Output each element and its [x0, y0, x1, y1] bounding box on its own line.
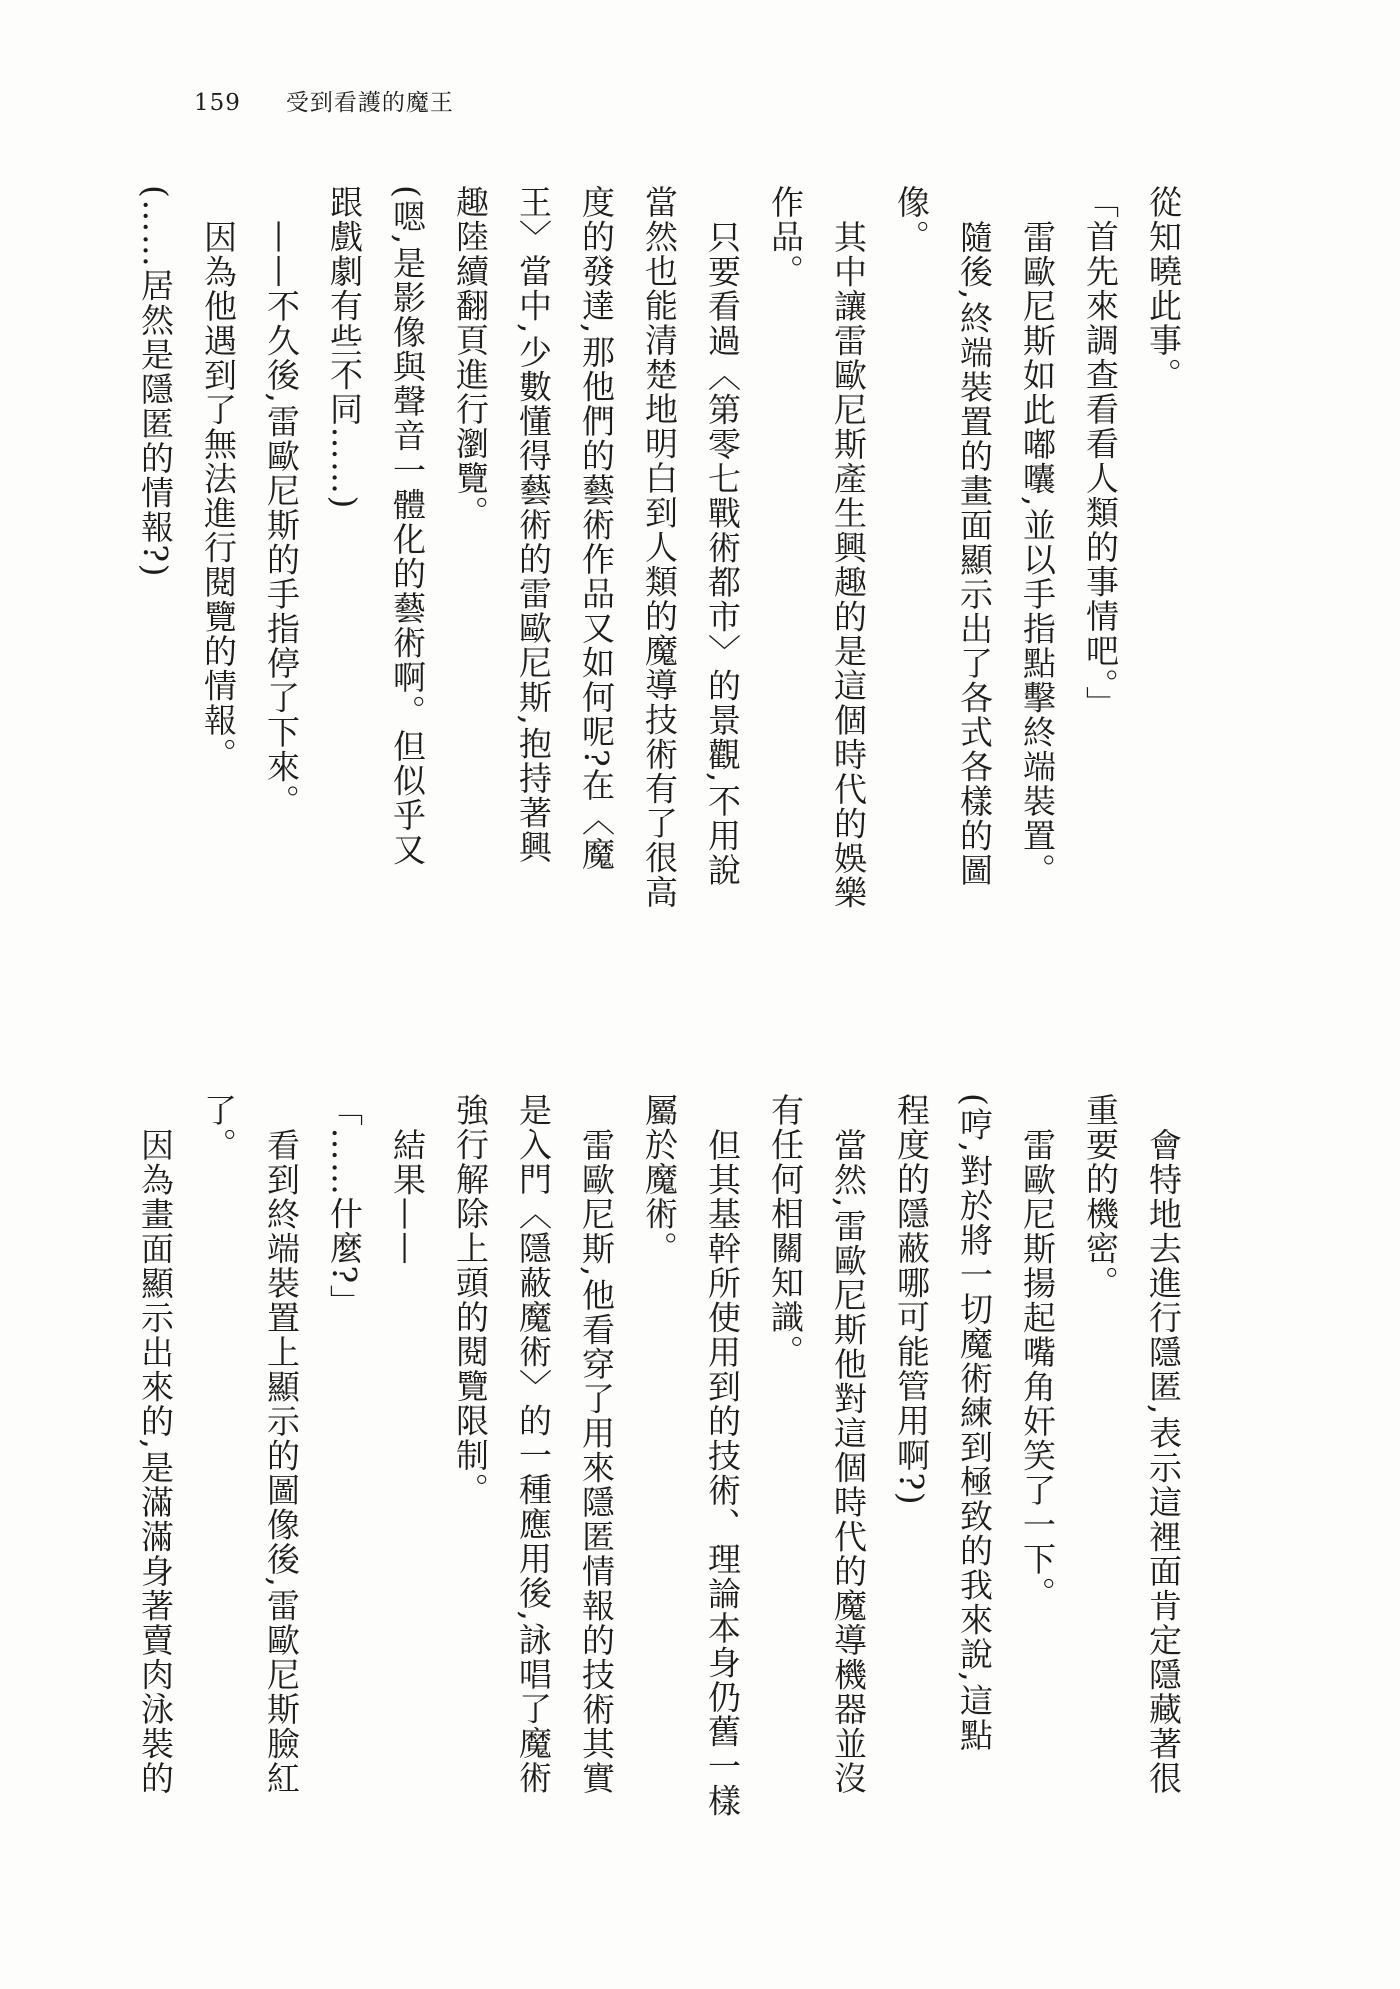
text-line: 強行解除上頭的閱覽限制。: [439, 1093, 502, 1855]
text-block-top: 從知曉此事。 「首先來調查看看人類的事情吧。」 雷歐尼斯如此嘟囔,並以手指點擊終…: [124, 185, 1195, 947]
text-line: 屬於魔術。: [628, 1093, 691, 1855]
text-line: 作品。: [754, 185, 817, 947]
text-line: 雷歐尼斯如此嘟囔,並以手指點擊終端裝置。: [1006, 185, 1069, 947]
text-line: 但其基幹所使用到的技術、理論本身仍舊一樣: [691, 1093, 754, 1855]
book-page: 159 受到看護的魔王 從知曉此事。 「首先來調查看看人類的事情吧。」 雷歐尼斯…: [0, 0, 1400, 1989]
page-number: 159: [194, 90, 241, 116]
text-line: (……居然是隱匿的情報?): [124, 185, 187, 947]
text-line: 王〉當中,少數懂得藝術的雷歐尼斯,抱持著興: [502, 185, 565, 947]
text-line: 重要的機密。: [1069, 1093, 1132, 1855]
text-line: (嗯,是影像與聲音一體化的藝術啊。但似乎又: [376, 185, 439, 947]
text-line: 是入門〈隱蔽魔術〉的一種應用後,詠唱了魔術: [502, 1093, 565, 1855]
text-line: 隨後,終端裝置的畫面顯示出了各式各樣的圖: [943, 185, 1006, 947]
text-line: 有任何相關知識。: [754, 1093, 817, 1855]
text-line: 因為他遇到了無法進行閱覽的情報。: [187, 185, 250, 947]
text-line: 趣陸續翻頁進行瀏覽。: [439, 185, 502, 947]
text-line: 只要看過〈第零七戰術都市〉的景觀,不用說: [691, 185, 754, 947]
text-line: 當然,雷歐尼斯他對這個時代的魔導機器並沒: [817, 1093, 880, 1855]
text-line: 了。: [187, 1093, 250, 1855]
text-line: 度的發達,那他們的藝術作品又如何呢?在〈魔: [565, 185, 628, 947]
text-line: 雷歐尼斯揚起嘴角奸笑了一下。: [1006, 1093, 1069, 1855]
text-line: 會特地去進行隱匿,表示這裡面肯定隱藏著很: [1132, 1093, 1195, 1855]
text-line: 從知曉此事。: [1132, 185, 1195, 947]
text-line: 當然也能清楚地明白到人類的魔導技術有了很高: [628, 185, 691, 947]
text-line: 跟戲劇有些不同……): [313, 185, 376, 947]
text-line: 程度的隱蔽哪可能管用啊?): [880, 1093, 943, 1855]
text-line: 結果——: [376, 1093, 439, 1855]
text-block-bottom: 會特地去進行隱匿,表示這裡面肯定隱藏著很 重要的機密。 雷歐尼斯揚起嘴角奸笑了一…: [124, 1093, 1195, 1855]
text-line: 看到終端裝置上顯示的圖像後,雷歐尼斯臉紅: [250, 1093, 313, 1855]
running-head: 159 受到看護的魔王: [194, 84, 454, 117]
text-line: 因為畫面顯示出來的,是滿滿身著賣肉泳裝的: [124, 1093, 187, 1855]
text-line: 「首先來調查看看人類的事情吧。」: [1069, 185, 1132, 947]
text-line: ——不久後,雷歐尼斯的手指停了下來。: [250, 185, 313, 947]
text-line: 雷歐尼斯,他看穿了用來隱匿情報的技術其實: [565, 1093, 628, 1855]
text-line: 像。: [880, 185, 943, 947]
text-line: 「……什麼?」: [313, 1093, 376, 1855]
running-title: 受到看護的魔王: [286, 84, 454, 117]
text-line: 其中讓雷歐尼斯產生興趣的是這個時代的娛樂: [817, 185, 880, 947]
text-line: (哼,對於將一切魔術練到極致的我來說,這點: [943, 1093, 1006, 1855]
